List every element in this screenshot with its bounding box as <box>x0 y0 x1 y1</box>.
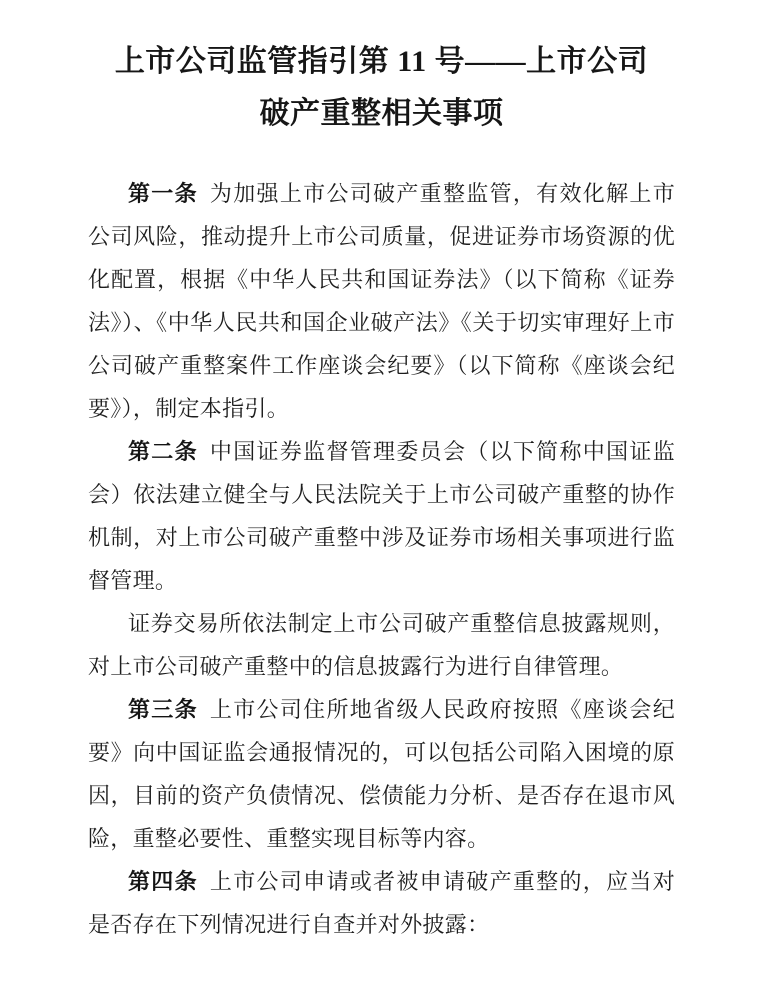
article-2-continuation-text: 证券交易所依法制定上市公司破产重整信息披露规则，对上市公司破产重整中的信息披露行… <box>88 611 675 679</box>
article-4-paragraph: 第四条上市公司申请或者被申请破产重整的，应当对是否存在下列情况进行自查并对外披露… <box>88 860 675 946</box>
document-title-line-1: 上市公司监管指引第 11 号——上市公司 <box>88 36 675 88</box>
article-1-paragraph: 第一条为加强上市公司破产重整监管，有效化解上市公司风险，推动提升上市公司质量，促… <box>88 172 675 430</box>
document-page: 上市公司监管指引第 11 号——上市公司 破产重整相关事项 第一条为加强上市公司… <box>0 0 770 1001</box>
article-1-text: 为加强上市公司破产重整监管，有效化解上市公司风险，推动提升上市公司质量，促进证券… <box>88 181 675 421</box>
article-1-label: 第一条 <box>128 181 210 206</box>
document-title-line-2: 破产重整相关事项 <box>88 88 675 140</box>
article-2-continuation-paragraph: 证券交易所依法制定上市公司破产重整信息披露规则，对上市公司破产重整中的信息披露行… <box>88 602 675 688</box>
document-content: 上市公司监管指引第 11 号——上市公司 破产重整相关事项 第一条为加强上市公司… <box>0 0 770 946</box>
article-2-paragraph: 第二条中国证券监督管理委员会（以下简称中国证监会）依法建立健全与人民法院关于上市… <box>88 430 675 602</box>
document-title: 上市公司监管指引第 11 号——上市公司 破产重整相关事项 <box>88 36 675 140</box>
article-3-paragraph: 第三条上市公司住所地省级人民政府按照《座谈会纪要》向中国证监会通报情况的，可以包… <box>88 688 675 860</box>
article-2-label: 第二条 <box>128 439 210 464</box>
document-body: 第一条为加强上市公司破产重整监管，有效化解上市公司风险，推动提升上市公司质量，促… <box>88 172 675 946</box>
article-3-label: 第三条 <box>128 697 210 722</box>
article-4-label: 第四条 <box>128 869 210 894</box>
